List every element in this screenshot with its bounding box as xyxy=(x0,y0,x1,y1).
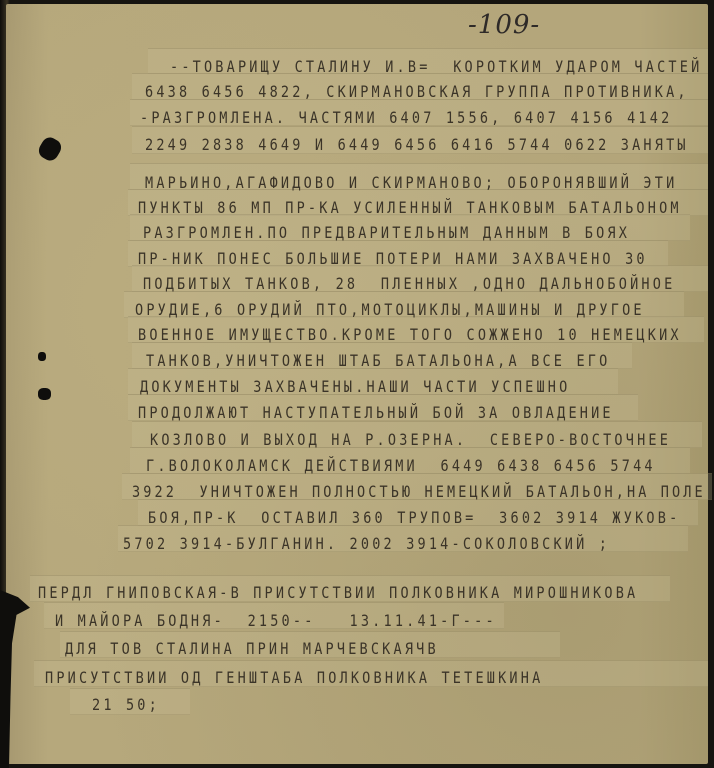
telegram-footer-line: ПЕРДЛ ГНИПОВСКАЯ-В ПРИСУТСТВИИ ПОЛКОВНИК… xyxy=(38,584,638,602)
telegram-footer-line: И МАЙОРА БОДНЯ- 2150-- 13.11.41-Г--- xyxy=(55,612,497,630)
telegram-body-line: 6438 6456 4822, СКИРМАНОВСКАЯ ГРУППА ПРО… xyxy=(145,83,689,101)
telegram-body-line: ПОДБИТЫХ ТАНКОВ, 28 ПЛЕННЫХ ,ОДНО ДАЛЬНО… xyxy=(143,275,675,293)
telegram-footer-line: ДЛЯ ТОВ СТАЛИНА ПРИН МАРЧЕВСКАЯЧВ xyxy=(65,640,439,658)
telegram-body-line: Г.ВОЛОКОЛАМСК ДЕЙСТВИЯМИ 6449 6438 6456 … xyxy=(146,457,656,475)
telegram-body-line: МАРЬИНО,АГАФИДОВО И СКИРМАНОВО; ОБОРОНЯВ… xyxy=(145,174,677,192)
page-number: -109- xyxy=(468,10,540,40)
telegram-body-line: КОЗЛОВО И ВЫХОД НА Р.ОЗЕРНА. СЕВЕРО-ВОСТ… xyxy=(150,431,671,449)
telegram-body-line: ПР-НИК ПОНЕС БОЛЬШИЕ ПОТЕРИ НАМИ ЗАХВАЧЕ… xyxy=(138,250,648,268)
telegram-body-line: -РАЗГРОМЛЕНА. ЧАСТЯМИ 6407 1556, 6407 41… xyxy=(140,109,672,127)
punch-hole xyxy=(38,352,46,361)
punch-hole xyxy=(38,388,51,400)
telegram-footer-line: 21 50; xyxy=(92,696,160,714)
telegram-body-line: ОРУДИЕ,6 ОРУДИЙ ПТО,МОТОЦИКЛЫ,МАШИНЫ И Д… xyxy=(135,301,645,319)
telegram-body-line: --ТОВАРИЩУ СТАЛИНУ И.В= КОРОТКИМ УДАРОМ … xyxy=(170,58,702,76)
telegram-body-line: 5702 3914-БУЛГАНИН. 2002 3914-СОКОЛОВСКИ… xyxy=(123,535,610,553)
telegram-body-line: ПУНКТЫ 86 МП ПР-КА УСИЛЕННЫЙ ТАНКОВЫМ БА… xyxy=(138,199,682,217)
telegram-body-line: 3922 УНИЧТОЖЕН ПОЛНОСТЬЮ НЕМЕЦКИЙ БАТАЛЬ… xyxy=(132,483,706,501)
telegram-body-line: ВОЕННОЕ ИМУЩЕСТВО.КРОМЕ ТОГО СОЖЖЕНО 10 … xyxy=(138,326,682,344)
telegram-footer-line: ПРИСУТСТВИИ ОД ГЕНШТАБА ПОЛКОВНИКА ТЕТЕШ… xyxy=(45,669,543,687)
telegram-body-line: РАЗГРОМЛЕН.ПО ПРЕДВАРИТЕЛЬНЫМ ДАННЫМ В Б… xyxy=(143,224,630,242)
telegram-body-line: 2249 2838 4649 И 6449 6456 6416 5744 062… xyxy=(145,136,689,154)
telegram-body-line: ДОКУМЕНТЫ ЗАХВАЧЕНЫ.НАШИ ЧАСТИ УСПЕШНО xyxy=(140,378,570,396)
telegram-body-line: ТАНКОВ,УНИЧТОЖЕН ШТАБ БАТАЛЬОНА,А ВСЕ ЕГ… xyxy=(146,352,610,370)
telegram-body-line: ПРОДОЛЖАЮТ НАСТУПАТЕЛЬНЫЙ БОЙ ЗА ОВЛАДЕН… xyxy=(138,404,614,422)
telegram-body-line: БОЯ,ПР-К ОСТАВИЛ 360 ТРУПОВ= 3602 3914 Ж… xyxy=(148,509,680,527)
